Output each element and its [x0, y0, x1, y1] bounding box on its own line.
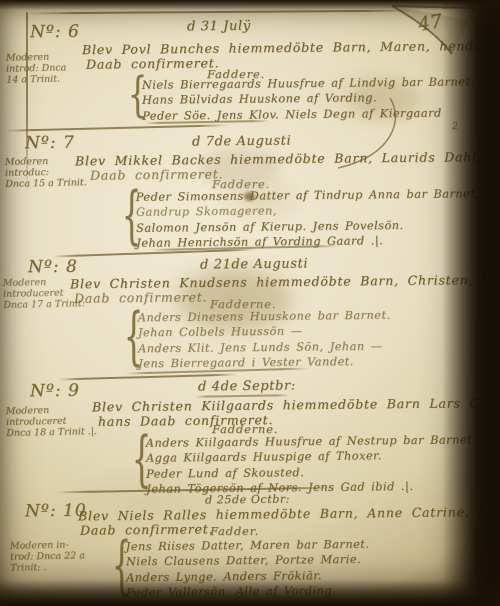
book-top-edge	[0, 0, 500, 10]
entry-text-line: Blev Mikkel Backes hiemmedöbte Barn, Lau…	[75, 149, 500, 169]
entry-text-line: Blev Niels Ralles hiemmedöbte Barn, Anne…	[78, 504, 500, 524]
entry-number: Nº: 7	[25, 133, 75, 154]
book-bottom-edge	[0, 580, 500, 606]
entry-date: d 31 Julÿ	[187, 19, 251, 35]
witness-list: Anders Dinesens Huuskone bar Barnet. Jeh…	[138, 308, 391, 372]
entry-text-line: Daab confirmeret.	[80, 521, 213, 537]
witness-list: Peder Simonsens Datter af Tindrup Anna b…	[136, 186, 480, 251]
entry-text-line: Blev Christen Kiilgaards hiemmedöbte Bar…	[92, 395, 500, 415]
entry-text-line: Blev Povl Bunches hiemmedöbte Barn, Mare…	[82, 38, 490, 57]
witness-line: Jehan Henrichsön af Vording Gaard .|.	[136, 232, 480, 251]
witness-line: Peder Söe. Jens Klov. Niels Degn af Kier…	[142, 105, 475, 124]
register-entry-9: Nº: 9 Moderen introduceret Dnca 18 a Tri…	[0, 378, 500, 496]
margin-note-line: Trinit: .	[10, 561, 85, 574]
margin-note: Moderen in- trod: Dnca 22 a Trinit: .	[10, 539, 86, 574]
entry-text-line: Daab confirmeret.	[86, 55, 219, 71]
witness-line: Jens Bierregaard i Vester Vandet.	[138, 354, 391, 372]
register-entry-6: Nº: 6 Moderen introd: Dnca 14 a Trinit. …	[0, 14, 500, 128]
faddere-heading: Fadder.	[210, 524, 259, 538]
register-entry-7: Nº: 7 Moderen introduc: Dnca 15 a Trinit…	[0, 128, 500, 252]
margin-note: Moderen introduceret Dnca 18 a Trinit .|…	[6, 404, 97, 439]
margin-note: Moderen introd: Dnca 14 a Trinit.	[6, 51, 67, 85]
entry-date: d 21de Augusti	[200, 256, 308, 272]
margin-note-line: Dnca 15 a Trinit.	[5, 177, 87, 190]
entry-date: d 7de Augusti	[192, 133, 291, 149]
witness-line: Anders Dinesens Huuskone bar Barnet.	[138, 308, 391, 326]
entry-text-line: Daab confirmeret.	[90, 166, 223, 182]
margin-note-line: 14 a Trinit.	[6, 73, 66, 85]
witness-line: Jehan Tögersön af Nors. Jens Gad ibid .|…	[146, 478, 477, 497]
entry-date: d 25de Octbr:	[205, 493, 290, 507]
entry-date: d 4de Septbr:	[198, 378, 296, 394]
entry-number: Nº: 9	[30, 381, 80, 402]
witness-list: Anders Kiilgaards Huusfrue af Nestrup ba…	[146, 432, 477, 497]
margin-note-line: trod: Dnca 22 a	[10, 550, 85, 563]
margin-note-line: Dnca 18 a Trinit .|.	[6, 426, 97, 439]
entry-number: Nº: 6	[30, 22, 80, 43]
witness-list: Niels Bierregaards Huusfrue af Lindvig b…	[142, 74, 475, 123]
parish-register-scan: 47 5 Nº: 6 Moderen introd: Dnca 14 a Tri…	[0, 0, 500, 606]
margin-note-line: Dnca 17 a Trinit:	[3, 298, 85, 311]
book-binding-edge	[442, 0, 500, 606]
witness-line: Niels Clausens Datter, Portze Marie.	[126, 552, 370, 570]
entry-number: Nº: 8	[28, 257, 78, 278]
register-entry-8: Nº: 8 Moderen introduceret Dnca 17 a Tri…	[0, 255, 500, 375]
entry-text-line: Blev Christen Knudsens hiemmedöbte Barn,…	[70, 272, 500, 292]
